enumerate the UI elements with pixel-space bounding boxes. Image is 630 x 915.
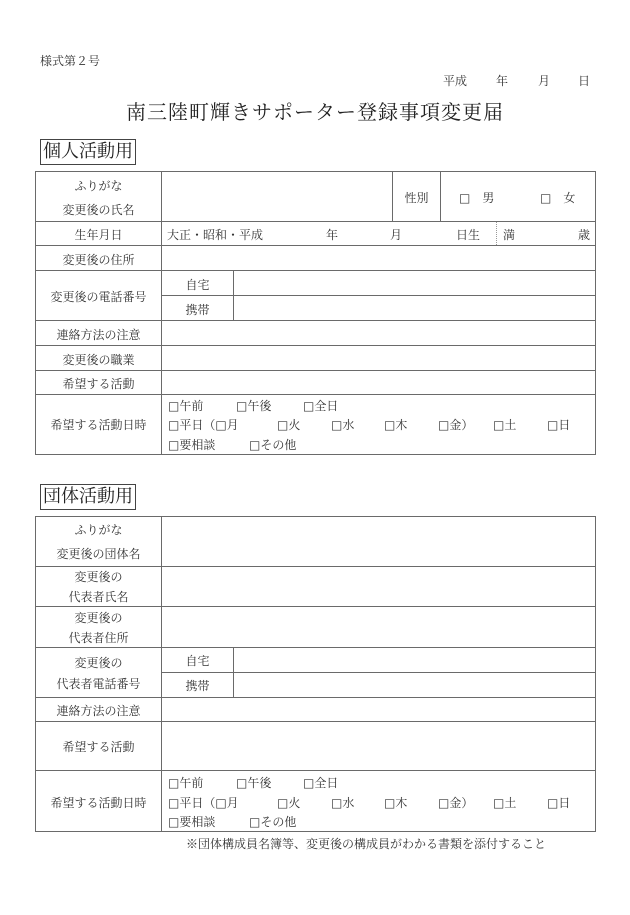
group-contact-note-field[interactable] [162,698,595,721]
checkbox-sun[interactable]: □日 [547,416,570,433]
checkbox-afternoon[interactable]: □午後 [236,397,271,414]
checkbox-other[interactable]: □その他 [249,436,296,453]
birth-year-label: 年 [326,226,338,243]
group-checkbox-tue[interactable]: □火 [277,794,300,811]
label-rep-phone-1: 変更後の [36,654,161,671]
group-checkbox-thu[interactable]: □木 [384,794,407,811]
age-suffix: 歳 [578,226,590,243]
age-prefix: 満 [503,226,515,243]
group-checkbox-other[interactable]: □その他 [249,813,296,830]
checkbox-wed[interactable]: □水 [331,416,354,433]
label-contact-note: 連絡方法の注意 [36,326,161,343]
name-field[interactable] [162,172,392,221]
form-number: 様式第２号 [40,52,100,69]
gender-female-checkbox[interactable]: □ 女 [540,189,575,206]
label-name: 変更後の氏名 [36,201,161,218]
label-desired-activity: 希望する活動 [36,375,161,392]
page-title: 南三陸町輝きサポーター登録事項変更届 [0,96,630,125]
label-phone-mobile: 携帯 [162,301,233,318]
group-checkbox-consult[interactable]: □要相談 [168,813,215,830]
label-group-phone-mobile: 携帯 [162,677,233,694]
group-phone-home-field[interactable] [234,648,595,672]
group-checkbox-wed[interactable]: □水 [331,794,354,811]
section-label-individual: 個人活動用 [40,139,136,165]
label-birthdate: 生年月日 [36,226,161,243]
label-address: 変更後の住所 [36,251,161,268]
label-occupation: 変更後の職業 [36,351,161,368]
group-checkbox-sun[interactable]: □日 [547,794,570,811]
group-checkbox-fri[interactable]: □金） [438,794,473,811]
rep-address-field[interactable] [162,607,595,647]
occupation-field[interactable] [162,346,595,370]
gender-male-checkbox[interactable]: □ 男 [459,189,494,206]
label-rep-name-1: 変更後の [36,568,161,585]
footnote: ※団体構成員名簿等、変更後の構成員がわかる書類を添付すること [186,835,546,852]
checkbox-consult[interactable]: □要相談 [168,436,215,453]
label-rep-address-1: 変更後の [36,609,161,626]
checkbox-thu[interactable]: □木 [384,416,407,433]
group-desired-activity-field[interactable] [162,722,595,770]
label-rep-address-2: 代表者住所 [36,629,161,646]
birthdate-eras[interactable]: 大正・昭和・平成 [167,226,263,243]
group-checkbox-morning[interactable]: □午前 [168,774,203,791]
group-checkbox-afternoon[interactable]: □午後 [236,774,271,791]
checkbox-fri[interactable]: □金） [438,416,473,433]
checkbox-allday[interactable]: □全日 [303,397,338,414]
label-group-contact-note: 連絡方法の注意 [36,702,161,719]
group-phone-mobile-field[interactable] [234,673,595,697]
section-label-group: 団体活動用 [40,484,136,510]
group-checkbox-weekday-mon[interactable]: □平日（□月 [168,794,239,811]
checkbox-weekday-mon[interactable]: □平日（□月 [168,416,239,433]
label-phone-home: 自宅 [162,276,233,293]
phone-mobile-field[interactable] [234,296,595,320]
address-field[interactable] [162,246,595,270]
label-rep-name-2: 代表者氏名 [36,588,161,605]
birth-day-label: 日生 [456,226,480,243]
label-group-name: 変更後の団体名 [36,545,161,562]
birth-month-label: 月 [390,226,402,243]
date-year: 年 [496,72,508,89]
label-desired-datetime: 希望する活動日時 [36,416,161,433]
label-gender: 性別 [393,189,440,206]
label-furigana: ふりがな [36,177,161,194]
label-group-phone-home: 自宅 [162,652,233,669]
date-era: 平成 [443,72,467,89]
date-day: 日 [578,72,590,89]
checkbox-sat[interactable]: □土 [493,416,516,433]
label-group-desired-datetime: 希望する活動日時 [36,794,161,811]
group-name-field[interactable] [162,517,595,566]
label-rep-phone-2: 代表者電話番号 [36,675,161,692]
phone-home-field[interactable] [234,271,595,295]
label-group-furigana: ふりがな [36,521,161,538]
date-month: 月 [538,72,550,89]
group-checkbox-allday[interactable]: □全日 [303,774,338,791]
checkbox-morning[interactable]: □午前 [168,397,203,414]
contact-note-field[interactable] [162,321,595,345]
label-group-desired-activity: 希望する活動 [36,738,161,755]
checkbox-tue[interactable]: □火 [277,416,300,433]
rep-name-field[interactable] [162,567,595,606]
desired-activity-field[interactable] [162,371,595,394]
group-checkbox-sat[interactable]: □土 [493,794,516,811]
label-phone: 変更後の電話番号 [36,288,161,305]
